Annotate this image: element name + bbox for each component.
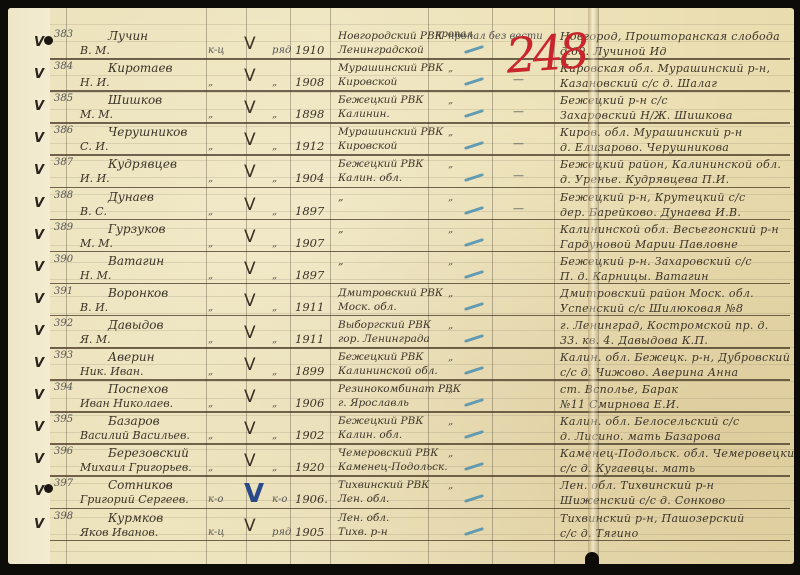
entry-number: 389 xyxy=(54,223,73,233)
home-address: Казановский с/с д. Шалаг xyxy=(560,78,717,89)
surname: Шишков xyxy=(108,94,162,106)
surname: Давыдов xyxy=(108,319,163,331)
home-address: д. Уренье. Кудрявцева П.И. xyxy=(560,174,729,185)
home-address: №11 Смирнова Е.И. xyxy=(560,399,680,410)
status: „ xyxy=(448,257,453,267)
rank-suffix: „ xyxy=(272,399,277,409)
margin-check-icon: V xyxy=(34,389,44,402)
check-mark-icon: V xyxy=(244,261,256,278)
home-address: П. д. Карницы. Ватагин xyxy=(560,271,709,282)
rank: „ xyxy=(208,399,213,409)
home-address: ст. Всполье, Барак xyxy=(560,384,678,395)
row-divider xyxy=(50,251,790,253)
check-mark-icon: V xyxy=(244,229,256,246)
rank-suffix: „ xyxy=(272,207,277,217)
conscription-office: Резинокомбинат РВК xyxy=(338,384,461,395)
check-mark-icon: V xyxy=(244,68,256,85)
surname: Лучин xyxy=(108,30,148,42)
status: „ xyxy=(448,321,453,331)
entry-number: 397 xyxy=(54,479,73,489)
surname: Сотников xyxy=(108,479,173,491)
rank: к-о xyxy=(208,495,223,505)
rank: „ xyxy=(208,174,213,184)
surname: Киротаев xyxy=(108,62,173,74)
conscription-office: Моск. обл. xyxy=(338,302,397,313)
entry-number: 384 xyxy=(54,62,73,72)
entry-number: 391 xyxy=(54,287,73,297)
status: „ xyxy=(448,385,453,395)
rank: „ xyxy=(208,271,213,281)
conscription-office: Каменец-Подольск. xyxy=(338,462,448,473)
check-mark-icon: V xyxy=(244,164,256,181)
binding-hole xyxy=(44,36,53,45)
surname: Курмков xyxy=(108,512,163,524)
entry-number: 392 xyxy=(54,319,73,329)
initials: Н. И. xyxy=(80,77,110,88)
margin-check-icon: V xyxy=(34,197,44,210)
rank-suffix: ряд xyxy=(272,46,291,56)
initials: С. И. xyxy=(80,141,109,152)
conscription-office: гор. Ленинграда xyxy=(338,334,430,345)
initials: Яков Иванов. xyxy=(80,527,158,538)
conscription-office: Калинин. xyxy=(338,109,390,120)
check-mark-icon: V xyxy=(244,100,256,117)
row-divider xyxy=(50,283,790,285)
row-divider xyxy=(50,187,790,189)
margin-check-icon: V xyxy=(34,485,44,498)
conscription-office: г. Ярославль xyxy=(338,398,409,409)
status: „ xyxy=(448,193,453,203)
initials: Михаил Григорьев. xyxy=(80,462,192,473)
rank: „ xyxy=(208,239,213,249)
rank-suffix: „ xyxy=(272,271,277,281)
rank: „ xyxy=(208,367,213,377)
home-address: д. Лисино. мать Базарова xyxy=(560,431,721,442)
row-divider xyxy=(50,154,790,156)
rank-suffix: „ xyxy=(272,431,277,441)
check-mark-icon: V xyxy=(244,421,256,438)
margin-check-icon: V xyxy=(34,518,44,531)
conscription-office: Лен. обл. xyxy=(338,513,389,524)
surname: Кудрявцев xyxy=(108,158,177,170)
home-address: д. Елизарово. Черушникова xyxy=(560,142,729,153)
home-address: с/с д. Кугаевцы. мать xyxy=(560,463,695,474)
rank: „ xyxy=(208,303,213,313)
entry-number: 386 xyxy=(54,126,73,136)
conscription-office: Калининской обл. xyxy=(338,366,438,377)
surname: Гурзуков xyxy=(108,223,165,235)
row-divider xyxy=(50,315,790,317)
initials: В. М. xyxy=(80,45,110,56)
entry-number: 398 xyxy=(54,512,73,522)
initials: В. И. xyxy=(80,302,108,313)
rank-suffix: „ xyxy=(272,142,277,152)
margin-check-icon: V xyxy=(34,164,44,177)
surname: Воронков xyxy=(108,287,168,299)
home-address: Гардуновой Марии Павловне xyxy=(560,239,738,250)
conscription-office: Чемеровский РВК xyxy=(338,448,438,459)
rank-suffix: „ xyxy=(272,239,277,249)
conscription-office: Выборгский РВК xyxy=(338,320,431,331)
check-mark-icon: V xyxy=(244,293,256,310)
dash: — xyxy=(513,138,524,149)
register-page: V383ЛучинВ. М.к-цVряд1910Новгородский РВ… xyxy=(8,8,794,564)
margin-check-icon: V xyxy=(34,325,44,338)
rank-suffix: „ xyxy=(272,78,277,88)
rank: „ xyxy=(208,110,213,120)
conscription-office: Кировской xyxy=(338,141,397,152)
conscription-office: Калин. обл. xyxy=(338,430,402,441)
conscription-office: „ xyxy=(338,224,343,235)
entry-number: 393 xyxy=(54,351,73,361)
page-margin xyxy=(8,8,50,564)
birth-year: 1910 xyxy=(295,45,324,57)
birth-year: 1902 xyxy=(295,430,324,442)
check-mark-icon: V xyxy=(244,325,256,342)
margin-check-icon: V xyxy=(34,261,44,274)
check-mark-icon: V xyxy=(244,36,256,53)
birth-year: 1904 xyxy=(295,173,324,185)
margin-check-icon: V xyxy=(34,293,44,306)
rank-suffix: к-о xyxy=(272,495,287,505)
conscription-office: Ленинградской xyxy=(338,45,424,56)
entry-number: 395 xyxy=(54,415,73,425)
home-address: Бежецкий р-н с/с xyxy=(560,95,668,106)
page-fold xyxy=(588,8,598,564)
status: „ xyxy=(448,160,453,170)
entry-number: 390 xyxy=(54,255,73,265)
birth-year: 1911 xyxy=(295,334,324,346)
birth-year: 1912 xyxy=(295,141,324,153)
rank: „ xyxy=(208,142,213,152)
rank-suffix: „ xyxy=(272,335,277,345)
page-stamp-number: 248 xyxy=(504,23,587,84)
birth-year: 1898 xyxy=(295,109,324,121)
surname: Березовский xyxy=(108,447,189,459)
margin-check-icon: V xyxy=(34,229,44,242)
conscription-office: Бежецкий РВК xyxy=(338,352,423,363)
status: „ xyxy=(448,225,453,235)
margin-check-icon: V xyxy=(34,453,44,466)
dash: — xyxy=(513,170,524,181)
row-divider xyxy=(50,347,790,349)
initials: Я. М. xyxy=(80,334,111,345)
check-mark-icon: V xyxy=(244,197,256,214)
conscription-office: Новгородский РВК xyxy=(338,31,443,42)
status: „ xyxy=(448,289,453,299)
entry-number: 383 xyxy=(54,30,73,40)
rank: к-ц xyxy=(208,46,224,56)
status: „ xyxy=(448,417,453,427)
margin-check-icon: V xyxy=(34,357,44,370)
birth-year: 1899 xyxy=(295,366,324,378)
initials: В. С. xyxy=(80,206,107,217)
rank: „ xyxy=(208,78,213,88)
rank-suffix: „ xyxy=(272,463,277,473)
initials: Григорий Сергеев. xyxy=(80,494,189,505)
check-mark-icon: V xyxy=(244,357,256,374)
dash: — xyxy=(513,106,524,117)
status: „ xyxy=(448,128,453,138)
conscription-office: Мурашинский РВК xyxy=(338,63,443,74)
row-divider xyxy=(50,122,790,124)
conscription-office: Лен. обл. xyxy=(338,494,389,505)
rank-suffix: „ xyxy=(272,367,277,377)
initials: М. М. xyxy=(80,238,113,249)
initials: М. М. xyxy=(80,109,113,120)
conscription-office: „ xyxy=(338,256,343,267)
rank: „ xyxy=(208,431,213,441)
home-address: с/с д. Чижово. Аверина Анна xyxy=(560,367,738,378)
row-divider xyxy=(50,58,790,60)
row-divider xyxy=(50,379,790,381)
conscription-office: „ xyxy=(338,192,343,203)
rank: „ xyxy=(208,463,213,473)
margin-check-icon: V xyxy=(34,100,44,113)
birth-year: 1908 xyxy=(295,77,324,89)
conscription-office: Калин. обл. xyxy=(338,173,402,184)
conscription-office: Тихв. р-н xyxy=(338,527,388,538)
surname: Аверин xyxy=(108,351,155,363)
check-mark-icon: V xyxy=(244,481,264,507)
conscription-office: Дмитровский РВК xyxy=(338,288,443,299)
entry-number: 394 xyxy=(54,383,73,393)
conscription-office: Бежецкий РВК xyxy=(338,416,423,427)
row-divider xyxy=(50,90,790,92)
surname: Дунаев xyxy=(108,191,154,203)
dash: — xyxy=(513,203,524,214)
home-address: Шиженский с/с д. Сонково xyxy=(560,495,725,506)
conscription-office: Кировской xyxy=(338,77,397,88)
birth-year: 1920 xyxy=(295,462,324,474)
rank: к-ц xyxy=(208,528,224,538)
status: „ xyxy=(448,449,453,459)
status-column-header: пропал xyxy=(435,30,473,40)
conscription-office: Бежецкий РВК xyxy=(338,159,423,170)
margin-check-icon: V xyxy=(34,68,44,81)
initials: И. И. xyxy=(80,173,110,184)
home-address: 33. кв. 4. Давыдова К.П. xyxy=(560,335,708,346)
rank-suffix: „ xyxy=(272,174,277,184)
initials: Василий Васильев. xyxy=(80,430,190,441)
home-address: Захаровский Н/Ж. Шишкова xyxy=(560,110,733,121)
conscription-office: Тихвинский РВК xyxy=(338,480,429,491)
entry-number: 387 xyxy=(54,158,73,168)
rank: „ xyxy=(208,335,213,345)
row-divider xyxy=(50,508,790,510)
margin-check-icon: V xyxy=(34,421,44,434)
margin-check-icon: V xyxy=(34,36,44,49)
margin-check-icon: V xyxy=(34,132,44,145)
surname: Поспехов xyxy=(108,383,168,395)
birth-year: 1911 xyxy=(295,302,324,314)
surname: Ватагин xyxy=(108,255,164,267)
row-divider xyxy=(50,443,790,445)
rank: „ xyxy=(208,207,213,217)
status: „ xyxy=(448,353,453,363)
home-address: Калин. обл. Белосельский с/с xyxy=(560,416,739,427)
row-divider xyxy=(50,475,790,477)
row-divider xyxy=(50,411,790,413)
check-mark-icon: V xyxy=(244,453,256,470)
entry-number: 396 xyxy=(54,447,73,457)
surname: Черушников xyxy=(108,126,187,138)
row-divider xyxy=(50,219,790,221)
rank-suffix: „ xyxy=(272,303,277,313)
birth-year: 1907 xyxy=(295,238,324,250)
surname: Базаров xyxy=(108,415,160,427)
initials: Иван Николаев. xyxy=(80,398,173,409)
check-mark-icon: V xyxy=(244,132,256,149)
home-address: Лен. обл. Тихвинский р-н xyxy=(560,480,714,491)
initials: Н. М. xyxy=(80,270,111,281)
rank-suffix: ряд xyxy=(272,528,291,538)
fold-tear xyxy=(585,552,599,564)
home-address: с/с д. Тягино xyxy=(560,528,639,539)
row-divider xyxy=(50,540,790,542)
birth-year: 1906. xyxy=(295,494,328,506)
birth-year: 1897 xyxy=(295,270,324,282)
birth-year: 1906 xyxy=(295,398,324,410)
birth-year: 1905 xyxy=(295,527,324,539)
status: „ xyxy=(448,96,453,106)
status: „ xyxy=(448,64,453,74)
binding-hole xyxy=(44,484,53,493)
conscription-office: Бежецкий РВК xyxy=(338,95,423,106)
status: „ xyxy=(448,481,453,491)
entry-number: 388 xyxy=(54,191,73,201)
check-mark-icon: V xyxy=(244,518,256,535)
check-mark-icon: V xyxy=(244,389,256,406)
rank-suffix: „ xyxy=(272,110,277,120)
entry-number: 385 xyxy=(54,94,73,104)
birth-year: 1897 xyxy=(295,206,324,218)
initials: Ник. Иван. xyxy=(80,366,144,377)
conscription-office: Мурашинский РВК xyxy=(338,127,443,138)
